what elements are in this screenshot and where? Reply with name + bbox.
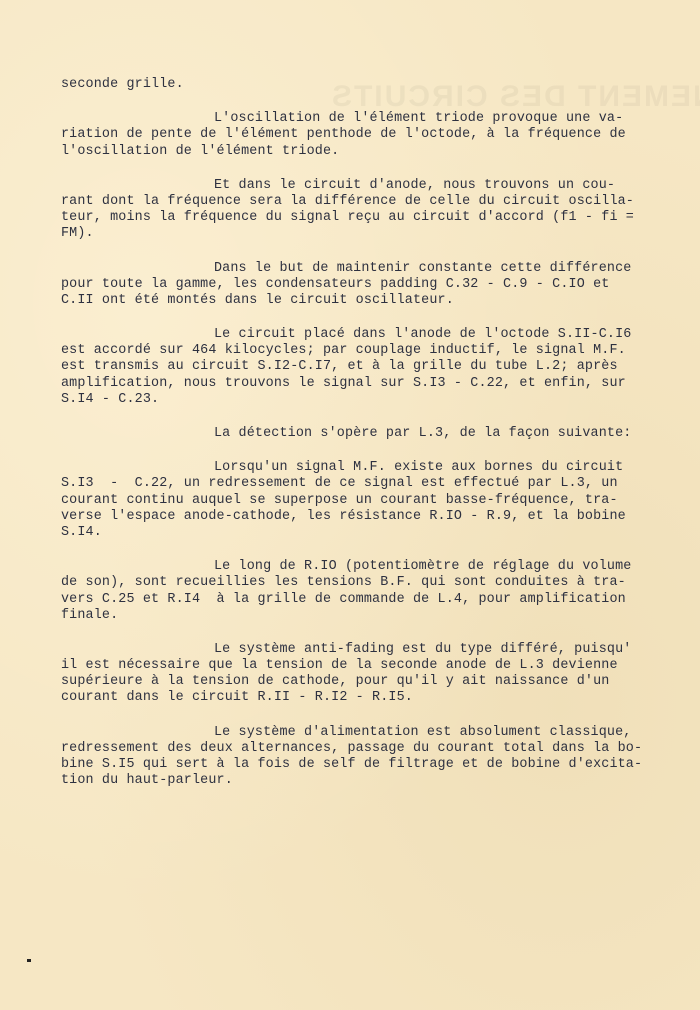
typewritten-page: seconde grille. L'oscillation de l'éléme… bbox=[61, 77, 646, 807]
paragraph-9: Le système anti-fading est du type diffé… bbox=[61, 642, 646, 707]
ink-speck bbox=[27, 959, 31, 962]
text-line: L'oscillation de l'élément triode provoq… bbox=[61, 111, 646, 127]
text-line: Le système d'alimentation est absolument… bbox=[61, 725, 646, 741]
text-line: S.I4 - C.23. bbox=[61, 392, 646, 408]
text-line: amplification, nous trouvons le signal s… bbox=[61, 376, 646, 392]
text-line: S.I3 - C.22, un redressement de ce signa… bbox=[61, 476, 646, 492]
text-line: pour toute la gamme, les condensateurs p… bbox=[61, 277, 646, 293]
text-line: Le long de R.IO (potentiomètre de réglag… bbox=[61, 559, 646, 575]
text-line: courant dans le circuit R.II - R.I2 - R.… bbox=[61, 690, 646, 706]
text-line: redressement des deux alternances, passa… bbox=[61, 741, 646, 757]
text-line: Lorsqu'un signal M.F. existe aux bornes … bbox=[61, 460, 646, 476]
text-line: C.II ont été montés dans le circuit osci… bbox=[61, 293, 646, 309]
text-line: Le système anti-fading est du type diffé… bbox=[61, 642, 646, 658]
text-line: supérieure à la tension de cathode, pour… bbox=[61, 674, 646, 690]
text-line: S.I4. bbox=[61, 525, 646, 541]
text-line: verse l'espace anode-cathode, les résist… bbox=[61, 509, 646, 525]
text-line: est transmis au circuit S.I2-C.I7, et à … bbox=[61, 359, 646, 375]
text-line: de son), sont recueillies les tensions B… bbox=[61, 575, 646, 591]
paragraph-5: Le circuit placé dans l'anode de l'octod… bbox=[61, 327, 646, 408]
paragraph-10: Le système d'alimentation est absolument… bbox=[61, 725, 646, 790]
text-line: est accordé sur 464 kilocycles; par coup… bbox=[61, 343, 646, 359]
paragraph-1: seconde grille. bbox=[61, 77, 646, 93]
text-line: Et dans le circuit d'anode, nous trouvon… bbox=[61, 178, 646, 194]
text-line: il est nécessaire que la tension de la s… bbox=[61, 658, 646, 674]
paragraph-8: Le long de R.IO (potentiomètre de réglag… bbox=[61, 559, 646, 624]
text-line: Le circuit placé dans l'anode de l'octod… bbox=[61, 327, 646, 343]
text-line: riation de pente de l'élément penthode d… bbox=[61, 127, 646, 143]
paragraph-6: La détection s'opère par L.3, de la faço… bbox=[61, 426, 646, 442]
text-line: bine S.I5 qui sert à la fois de self de … bbox=[61, 757, 646, 773]
text-line: teur, moins la fréquence du signal reçu … bbox=[61, 210, 646, 226]
text-line: La détection s'opère par L.3, de la faço… bbox=[61, 426, 646, 442]
paragraph-2: L'oscillation de l'élément triode provoq… bbox=[61, 111, 646, 160]
paragraph-3: Et dans le circuit d'anode, nous trouvon… bbox=[61, 178, 646, 243]
text-line: finale. bbox=[61, 608, 646, 624]
text-line: l'oscillation de l'élément triode. bbox=[61, 144, 646, 160]
text-line: seconde grille. bbox=[61, 77, 646, 93]
paragraph-7: Lorsqu'un signal M.F. existe aux bornes … bbox=[61, 460, 646, 541]
text-line: tion du haut-parleur. bbox=[61, 773, 646, 789]
text-line: Dans le but de maintenir constante cette… bbox=[61, 261, 646, 277]
text-line: rant dont la fréquence sera la différenc… bbox=[61, 194, 646, 210]
paragraph-4: Dans le but de maintenir constante cette… bbox=[61, 261, 646, 310]
text-line: FM). bbox=[61, 226, 646, 242]
text-line: vers C.25 et R.I4 à la grille de command… bbox=[61, 592, 646, 608]
text-line: courant continu auquel se superpose un c… bbox=[61, 493, 646, 509]
